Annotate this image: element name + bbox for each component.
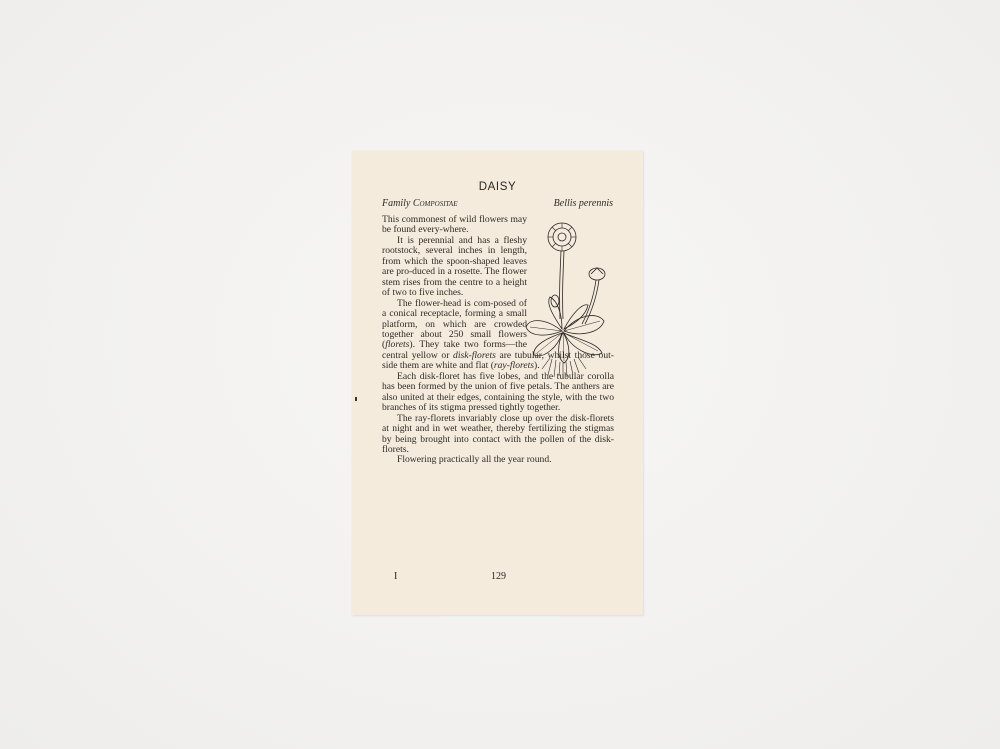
- latin-name: Bellis perennis: [554, 198, 613, 209]
- paragraph-2: It is perennial and has a fleshy rootsto…: [382, 236, 527, 299]
- term-disk-florets: disk-florets: [453, 350, 496, 361]
- paragraph-3: The flower-head is com-posed of a conica…: [382, 299, 614, 372]
- term-ray-florets: ray-florets: [494, 360, 534, 371]
- signature-mark: I: [394, 571, 397, 582]
- family-name: Compositae: [413, 198, 458, 209]
- page-body-text: This commonest of wild flowers may be fo…: [382, 215, 614, 466]
- family-label: Family Compositae: [382, 198, 457, 209]
- paragraph-4: Each disk-floret has five lobes, and the…: [382, 372, 614, 414]
- term-florets: florets: [385, 339, 409, 350]
- page-number: 129: [491, 571, 506, 582]
- page-edge-mark: [355, 397, 357, 401]
- paragraph-6: Flowering practically all the year round…: [382, 455, 614, 465]
- paragraph-5: The ray-florets invariably close up over…: [382, 414, 614, 456]
- family-prefix: Family: [382, 198, 413, 209]
- illustration-wrap-spacer: [527, 299, 614, 351]
- page-title: DAISY: [352, 181, 643, 193]
- paragraph-1: This commonest of wild flowers may be fo…: [382, 215, 527, 236]
- book-page: DAISY Family Compositae Bellis perennis: [352, 151, 643, 615]
- paragraph-3-part-d: ).: [534, 360, 540, 371]
